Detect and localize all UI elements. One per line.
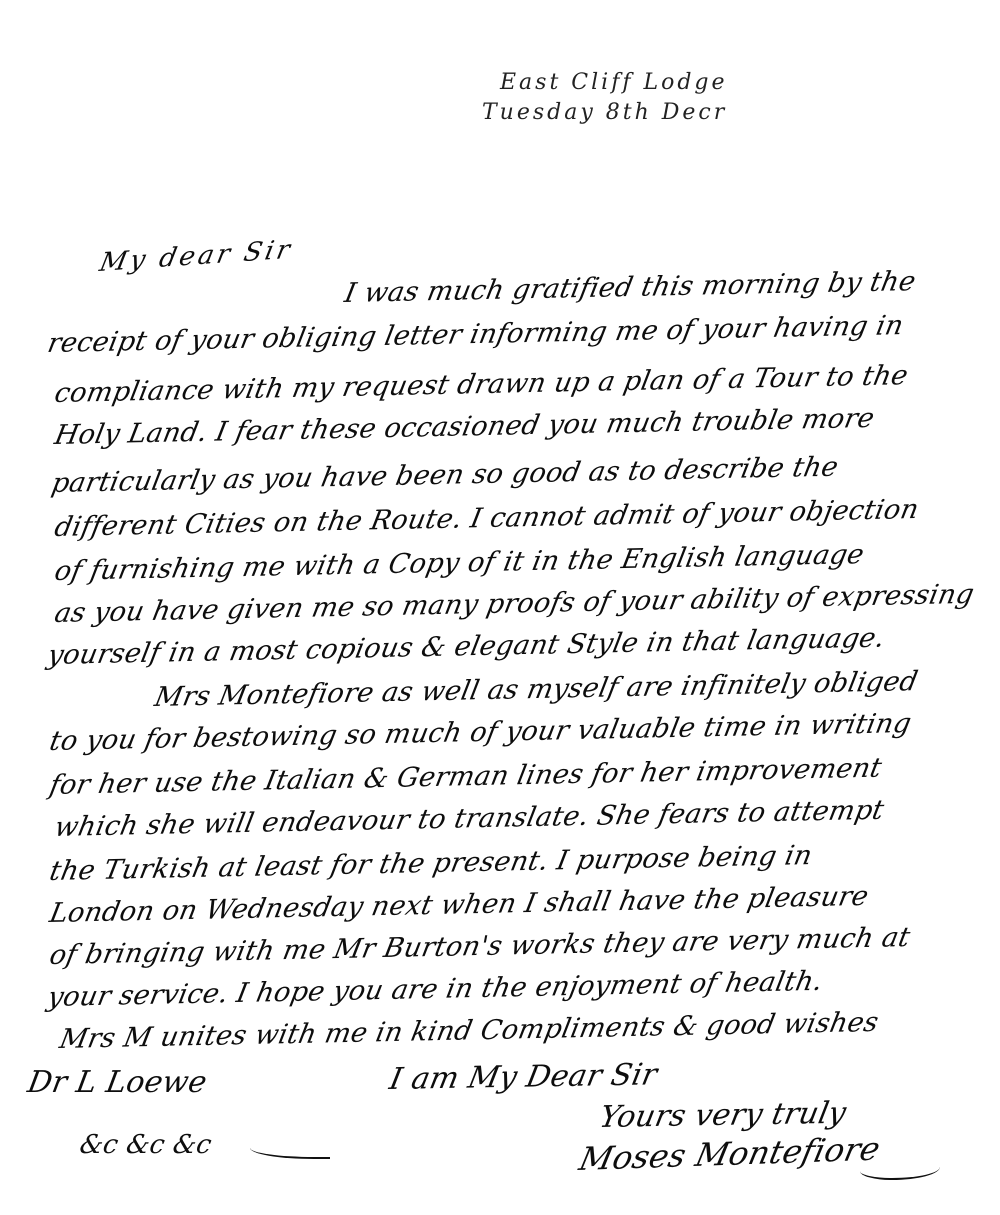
body-line: Mrs Montefiore as well as myself are inf… [152, 665, 961, 713]
signature-flourish [860, 1158, 940, 1180]
body-line: Holy Land. I fear these occasioned you m… [52, 401, 982, 451]
letter-page: East Cliff Lodge Tuesday 8th Decr My dea… [0, 0, 1000, 1215]
dateline-line-2: Tuesday 8th Decr [482, 100, 727, 125]
salutation: My dear Sir [97, 235, 295, 278]
addressee-name: Dr L Loewe [25, 1065, 210, 1100]
body-line: as you have given me so many proofs of y… [52, 579, 982, 629]
body-line: particularly as you have been so good as… [49, 449, 959, 499]
body-line: Mrs M unites with me in kind Compliments… [57, 1005, 987, 1055]
body-line: which she will endeavour to translate. S… [52, 793, 982, 843]
addressee-note: &c &c &c [77, 1130, 214, 1160]
body-line: your service. I hope you are in the enjo… [45, 963, 975, 1013]
body-line: compliance with my request drawn up a pl… [52, 359, 982, 409]
body-line: different Cities on the Route. I cannot … [52, 493, 982, 543]
body-line: I was much gratified this morning by the [342, 265, 971, 309]
signature: Moses Montefiore [576, 1130, 884, 1178]
body-line: to you for bestowing so much of your val… [47, 707, 977, 757]
body-line: yourself in a most copious & elegant Sty… [45, 621, 975, 671]
dateline-line-1: East Cliff Lodge [500, 70, 728, 95]
closing-line-2: Yours very truly [597, 1096, 850, 1135]
body-line: of bringing with me Mr Burton's works th… [47, 921, 977, 971]
body-line: for her use the Italian & German lines f… [47, 751, 977, 801]
addressee-flourish [250, 1145, 330, 1159]
body-line: of furnishing me with a Copy of it in th… [52, 537, 982, 587]
body-line: the Turkish at least for the present. I … [47, 837, 977, 887]
body-line: receipt of your obliging letter informin… [45, 309, 975, 359]
closing-line-1: I am My Dear Sir [387, 1057, 660, 1097]
body-line: London on Wednesday next when I shall ha… [47, 879, 977, 929]
